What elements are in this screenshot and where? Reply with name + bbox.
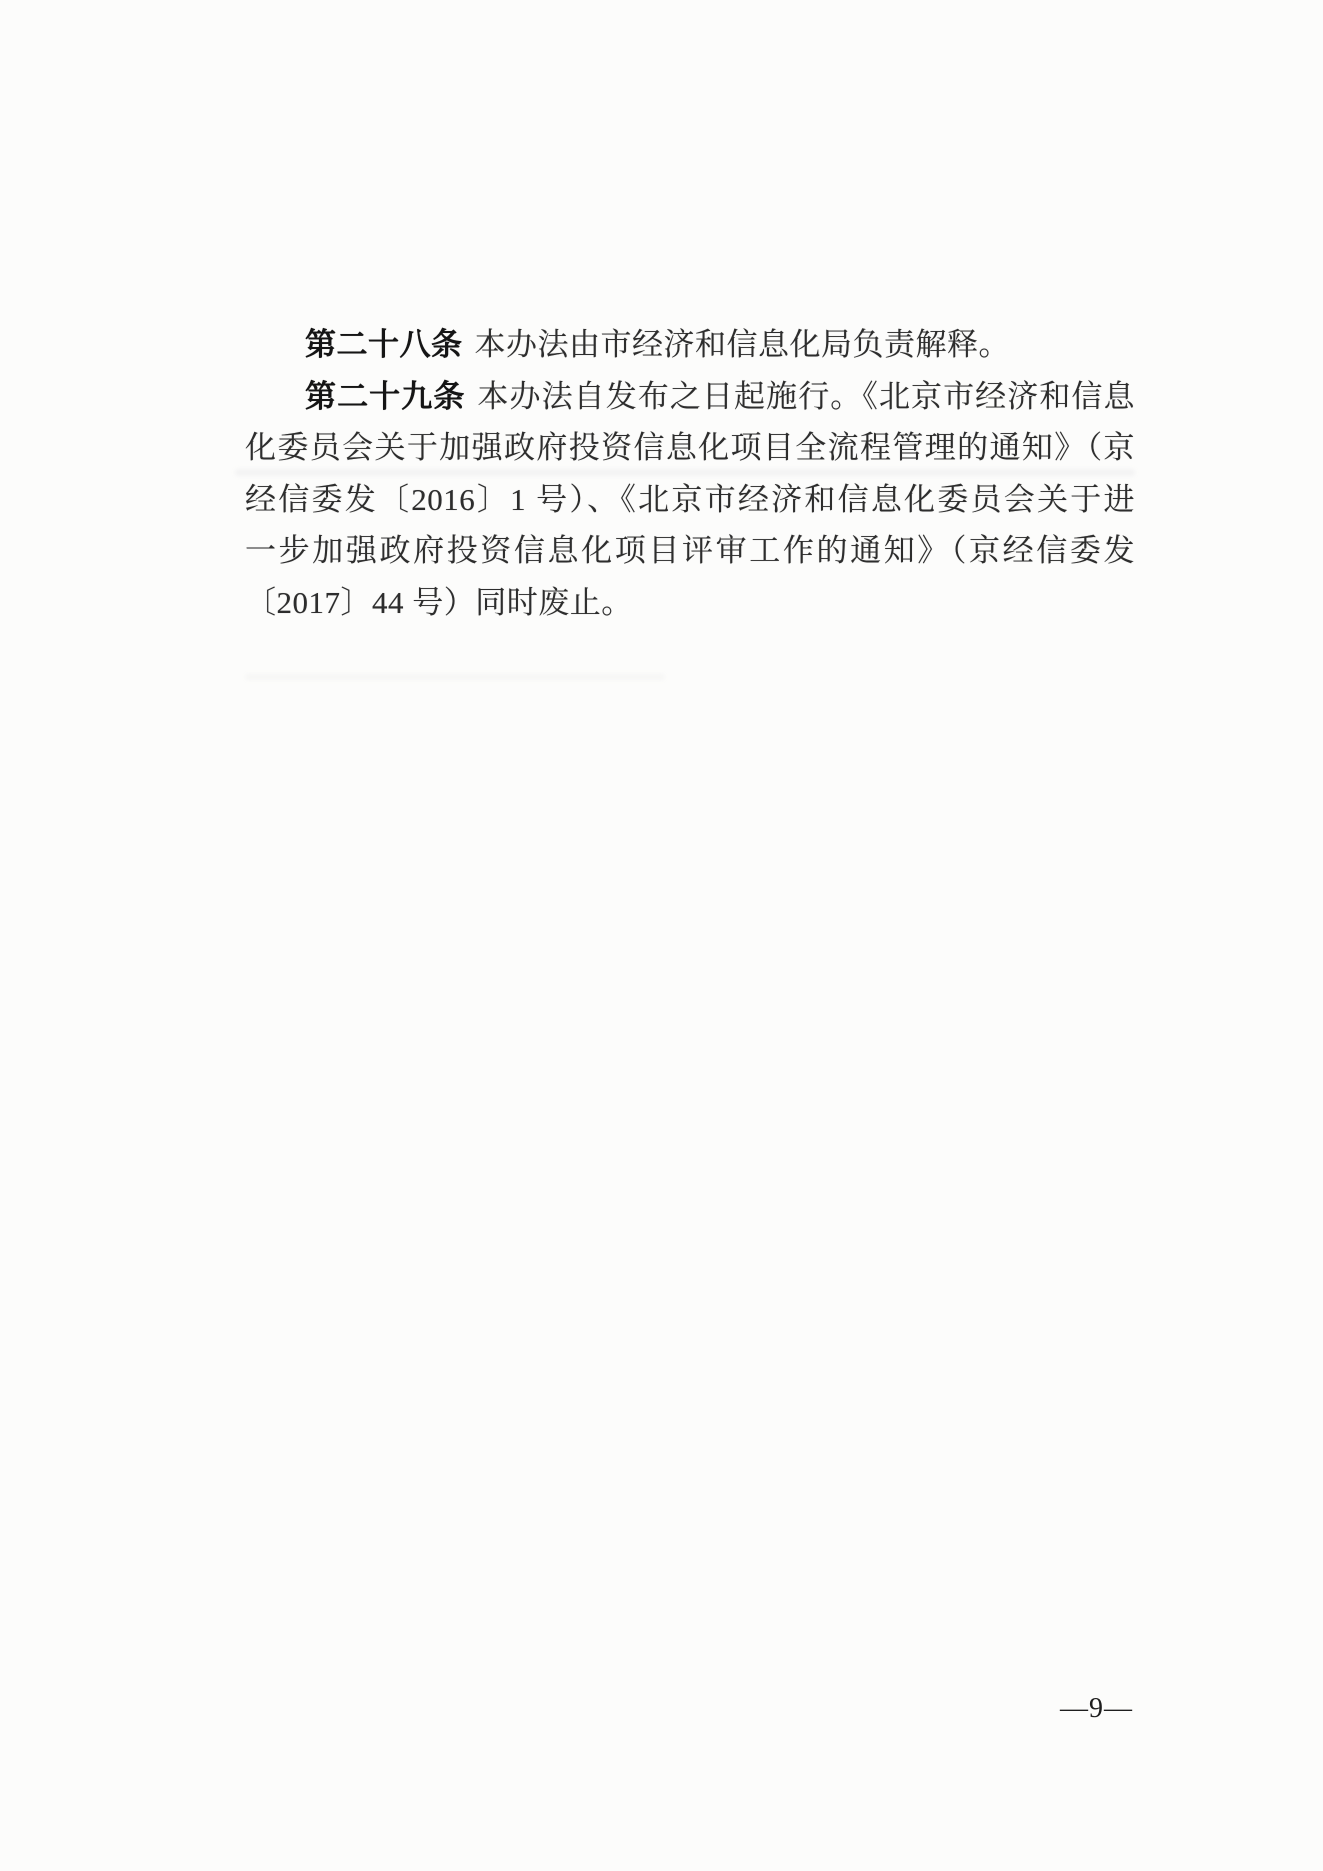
paragraph-article-29-line-5: 〔2017〕44 号）同时废止。 — [245, 577, 1135, 629]
article-29-line-1-text: 本办法自发布之日起施行。《北京市经济和信息 — [477, 379, 1135, 414]
paragraph-article-29-line-3: 经信委发〔2016〕1 号）、《北京市经济和信息化委员会关于进 — [245, 474, 1135, 526]
page-number: —9— — [1060, 1692, 1133, 1726]
document-body: 第二十八条本办法由市经济和信息化局负责解释。 第二十九条本办法自发布之日起施行。… — [245, 319, 1135, 628]
paragraph-article-28: 第二十八条本办法由市经济和信息化局负责解释。 — [245, 319, 1135, 371]
article-29-heading: 第二十九条 — [305, 379, 465, 414]
document-page: 第二十八条本办法由市经济和信息化局负责解释。 第二十九条本办法自发布之日起施行。… — [0, 0, 1323, 1871]
article-29-line-5-text: 〔2017〕44 号）同时废止。 — [245, 585, 633, 620]
scan-smudge-artifact — [245, 674, 665, 680]
article-29-line-3-text: 经信委发〔2016〕1 号）、《北京市经济和信息化委员会关于进 — [245, 482, 1135, 517]
article-28-heading: 第二十八条 — [305, 327, 463, 362]
article-29-line-4-text: 一步加强政府投资信息化项目评审工作的通知》（京经信委发 — [245, 533, 1135, 568]
paragraph-article-29-line-1: 第二十九条本办法自发布之日起施行。《北京市经济和信息 — [245, 371, 1135, 423]
article-28-text: 本办法由市经济和信息化局负责解释。 — [475, 327, 1011, 362]
paragraph-article-29-line-4: 一步加强政府投资信息化项目评审工作的通知》（京经信委发 — [245, 525, 1135, 577]
paragraph-article-29-line-2: 化委员会关于加强政府投资信息化项目全流程管理的通知》（京 — [245, 422, 1135, 474]
article-29-line-2-text: 化委员会关于加强政府投资信息化项目全流程管理的通知》（京 — [245, 430, 1135, 465]
